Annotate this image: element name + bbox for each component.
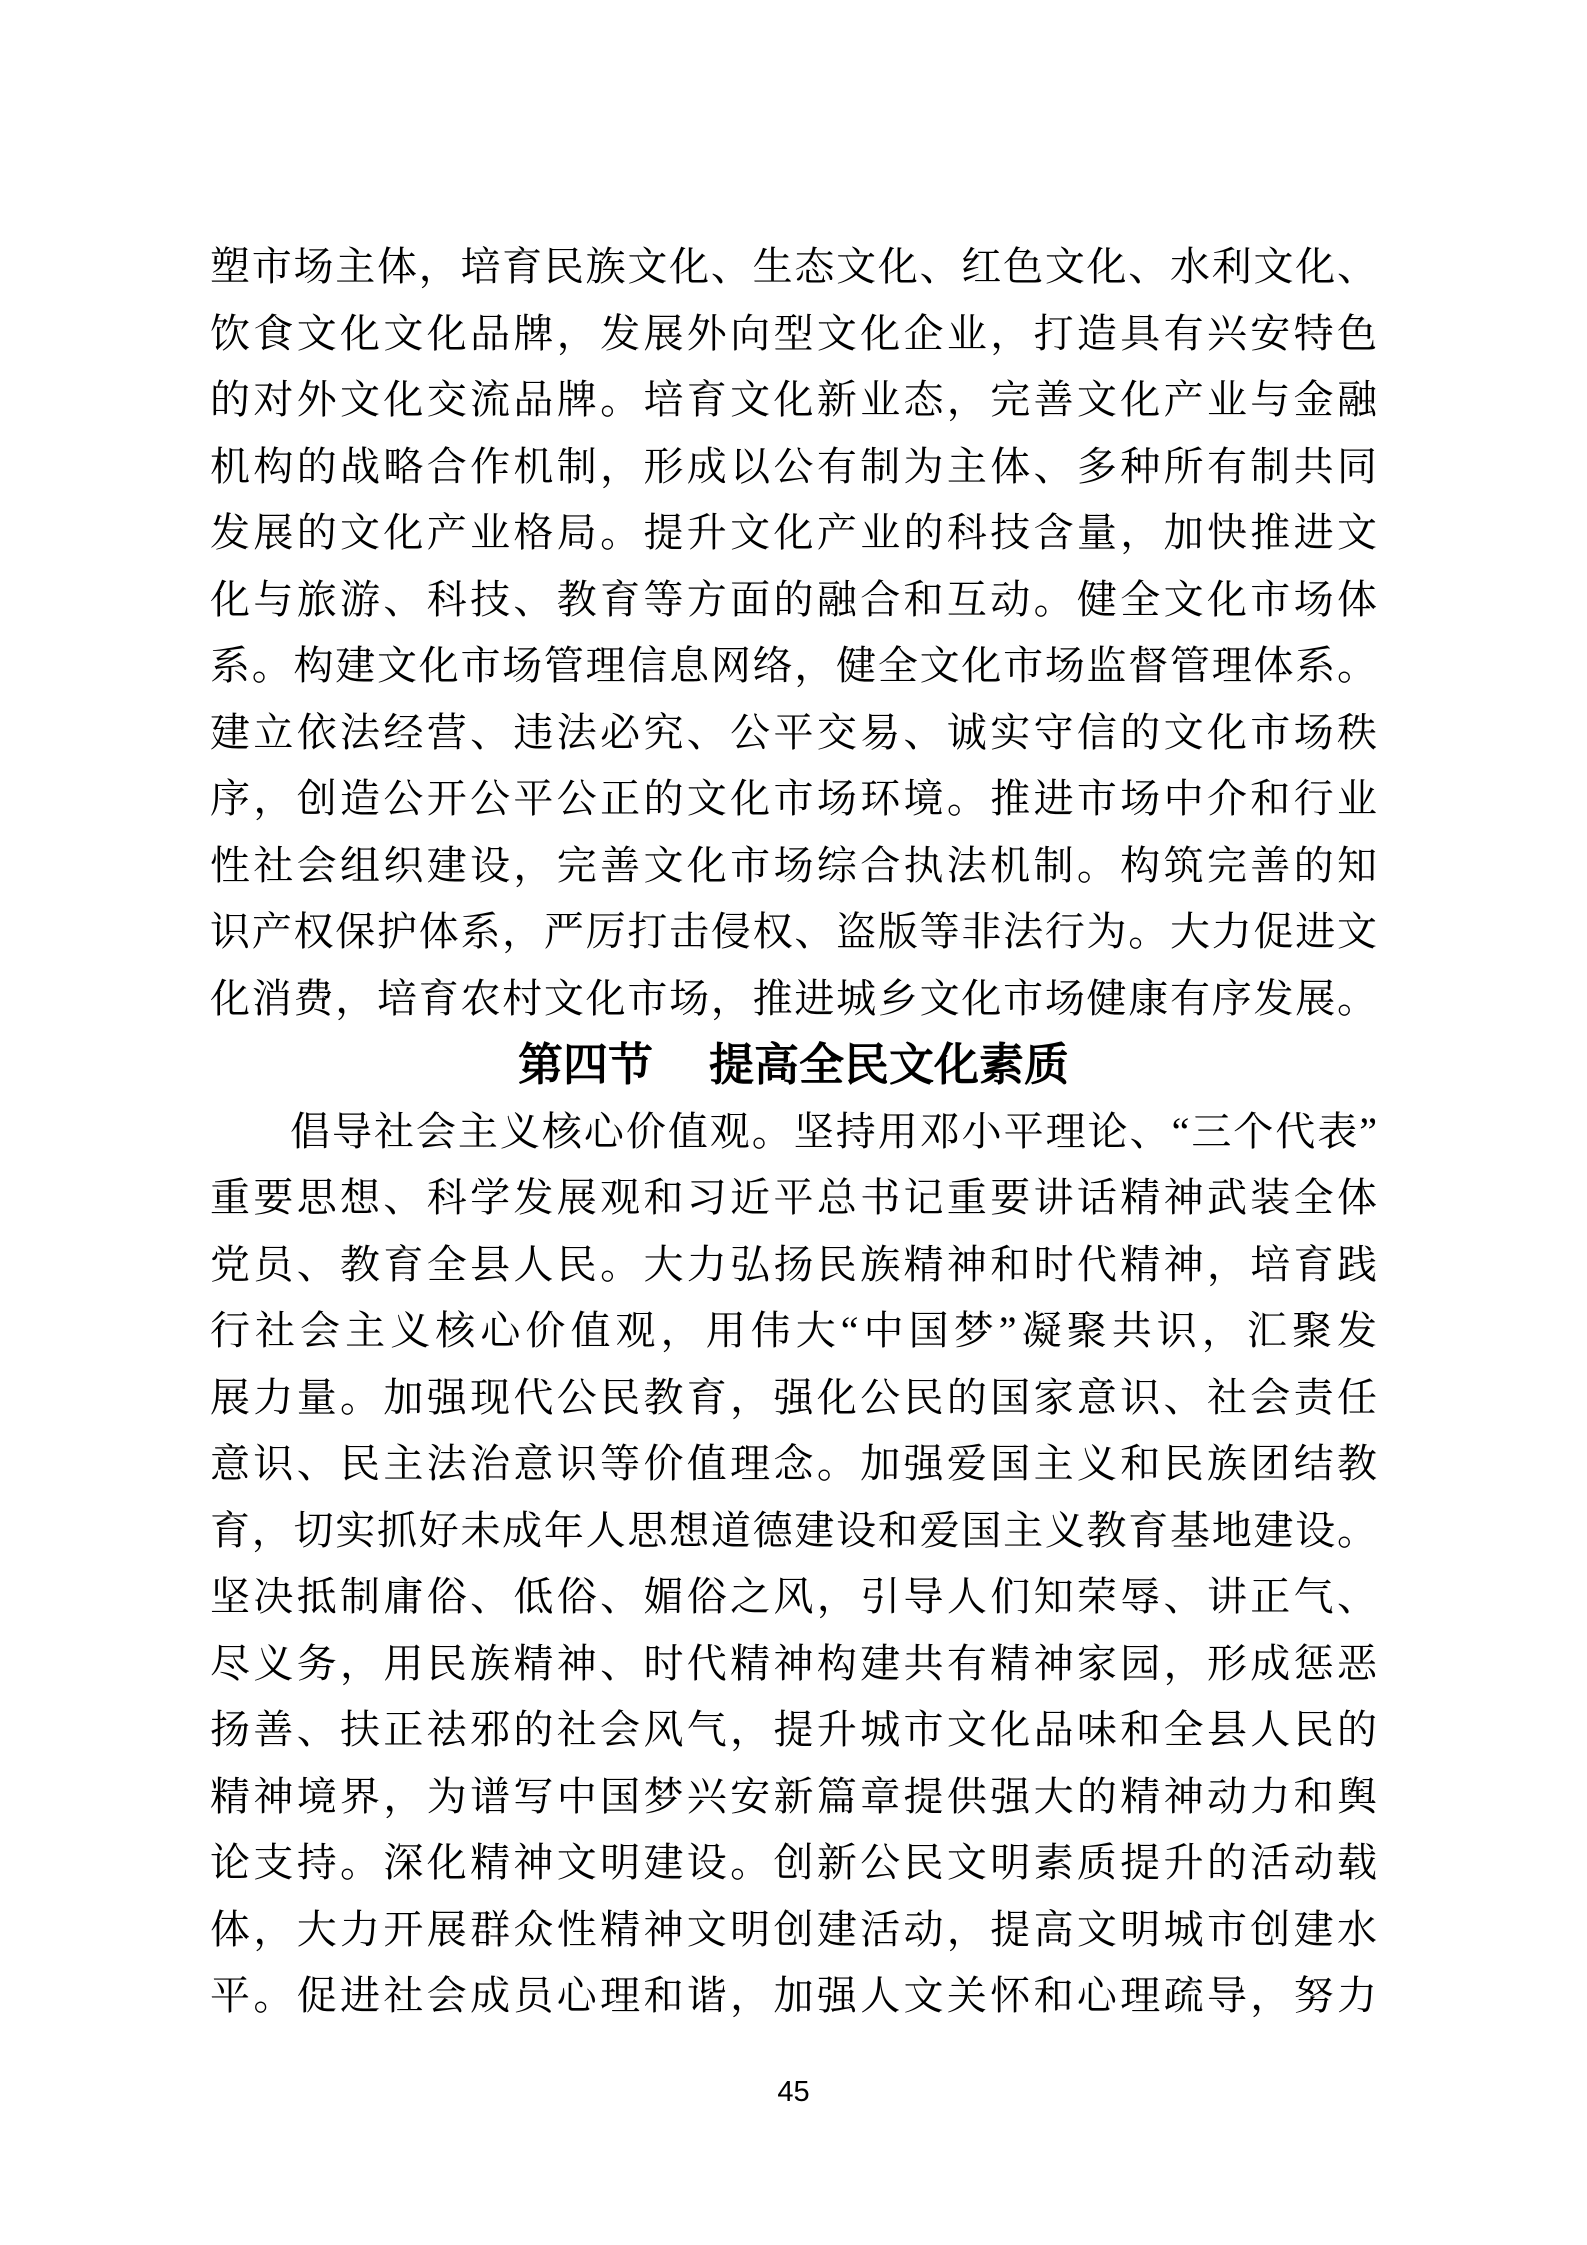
text-line: 机构的战略合作机制，形成以公有制为主体、多种所有制共同: [210, 434, 1377, 501]
text-line: 展力量。加强现代公民教育，强化公民的国家意识、社会责任: [210, 1365, 1377, 1432]
text-line: 系。构建文化市场管理信息网络，健全文化市场监督管理体系。: [210, 633, 1377, 700]
document-page: 塑市场主体，培育民族文化、生态文化、红色文化、水利文化、饮食文化文化品牌，发展外…: [0, 0, 1587, 2245]
text-line: 化消费，培育农村文化市场，推进城乡文化市场健康有序发展。: [210, 966, 1377, 1033]
text-line: 意识、民主法治意识等价值理念。加强爱国主义和民族团结教: [210, 1431, 1377, 1498]
text-line: 精神境界，为谱写中国梦兴安新篇章提供强大的精神动力和舆: [210, 1764, 1377, 1831]
text-line: 识产权保护体系，严厉打击侵权、盗版等非法行为。大力促进文: [210, 899, 1377, 966]
text-line: 发展的文化产业格局。提升文化产业的科技含量，加快推进文: [210, 500, 1377, 567]
text-line: 体，大力开展群众性精神文明创建活动，提高文明城市创建水: [210, 1897, 1377, 1964]
section-number: 第四节: [518, 1040, 653, 1090]
text-line: 育，切实抓好未成年人思想道德建设和爱国主义教育基地建设。: [210, 1498, 1377, 1565]
text-line: 倡导社会主义核心价值观。坚持用邓小平理论、“三个代表”: [210, 1099, 1377, 1166]
text-line: 扬善、扶正祛邪的社会风气，提升城市文化品味和全县人民的: [210, 1697, 1377, 1764]
text-line: 化与旅游、科技、教育等方面的融合和互动。健全文化市场体: [210, 567, 1377, 634]
text-line: 坚决抵制庸俗、低俗、媚俗之风，引导人们知荣辱、讲正气、: [210, 1564, 1377, 1631]
page-number: 45: [0, 2072, 1587, 2112]
text-line: 重要思想、科学发展观和习近平总书记重要讲话精神武装全体: [210, 1165, 1377, 1232]
text-line: 序，创造公开公平公正的文化市场环境。推进市场中介和行业: [210, 766, 1377, 833]
text-line: 平。促进社会成员心理和谐，加强人文关怀和心理疏导，努力: [210, 1963, 1377, 2030]
text-line: 塑市场主体，培育民族文化、生态文化、红色文化、水利文化、: [210, 234, 1377, 301]
text-line: 行社会主义核心价值观，用伟大“中国梦”凝聚共识，汇聚发: [210, 1298, 1377, 1365]
text-line: 论支持。深化精神文明建设。创新公民文明素质提升的活动载: [210, 1830, 1377, 1897]
text-line: 性社会组织建设，完善文化市场综合执法机制。构筑完善的知: [210, 833, 1377, 900]
text-line: 党员、教育全县人民。大力弘扬民族精神和时代精神，培育践: [210, 1232, 1377, 1299]
text-line: 建立依法经营、违法必究、公平交易、诚实守信的文化市场秩: [210, 700, 1377, 767]
text-line: 的对外文化交流品牌。培育文化新业态，完善文化产业与金融: [210, 367, 1377, 434]
text-line: 尽义务，用民族精神、时代精神构建共有精神家园，形成惩恶: [210, 1631, 1377, 1698]
text-block: 塑市场主体，培育民族文化、生态文化、红色文化、水利文化、饮食文化文化品牌，发展外…: [210, 234, 1377, 2030]
paragraph-1: 塑市场主体，培育民族文化、生态文化、红色文化、水利文化、饮食文化文化品牌，发展外…: [210, 234, 1377, 1032]
section-title: 提高全民文化素质: [709, 1040, 1069, 1090]
section-heading: 第四节提高全民文化素质: [210, 1032, 1377, 1099]
paragraph-2: 倡导社会主义核心价值观。坚持用邓小平理论、“三个代表”重要思想、科学发展观和习近…: [210, 1099, 1377, 2030]
text-line: 饮食文化文化品牌，发展外向型文化企业，打造具有兴安特色: [210, 301, 1377, 368]
